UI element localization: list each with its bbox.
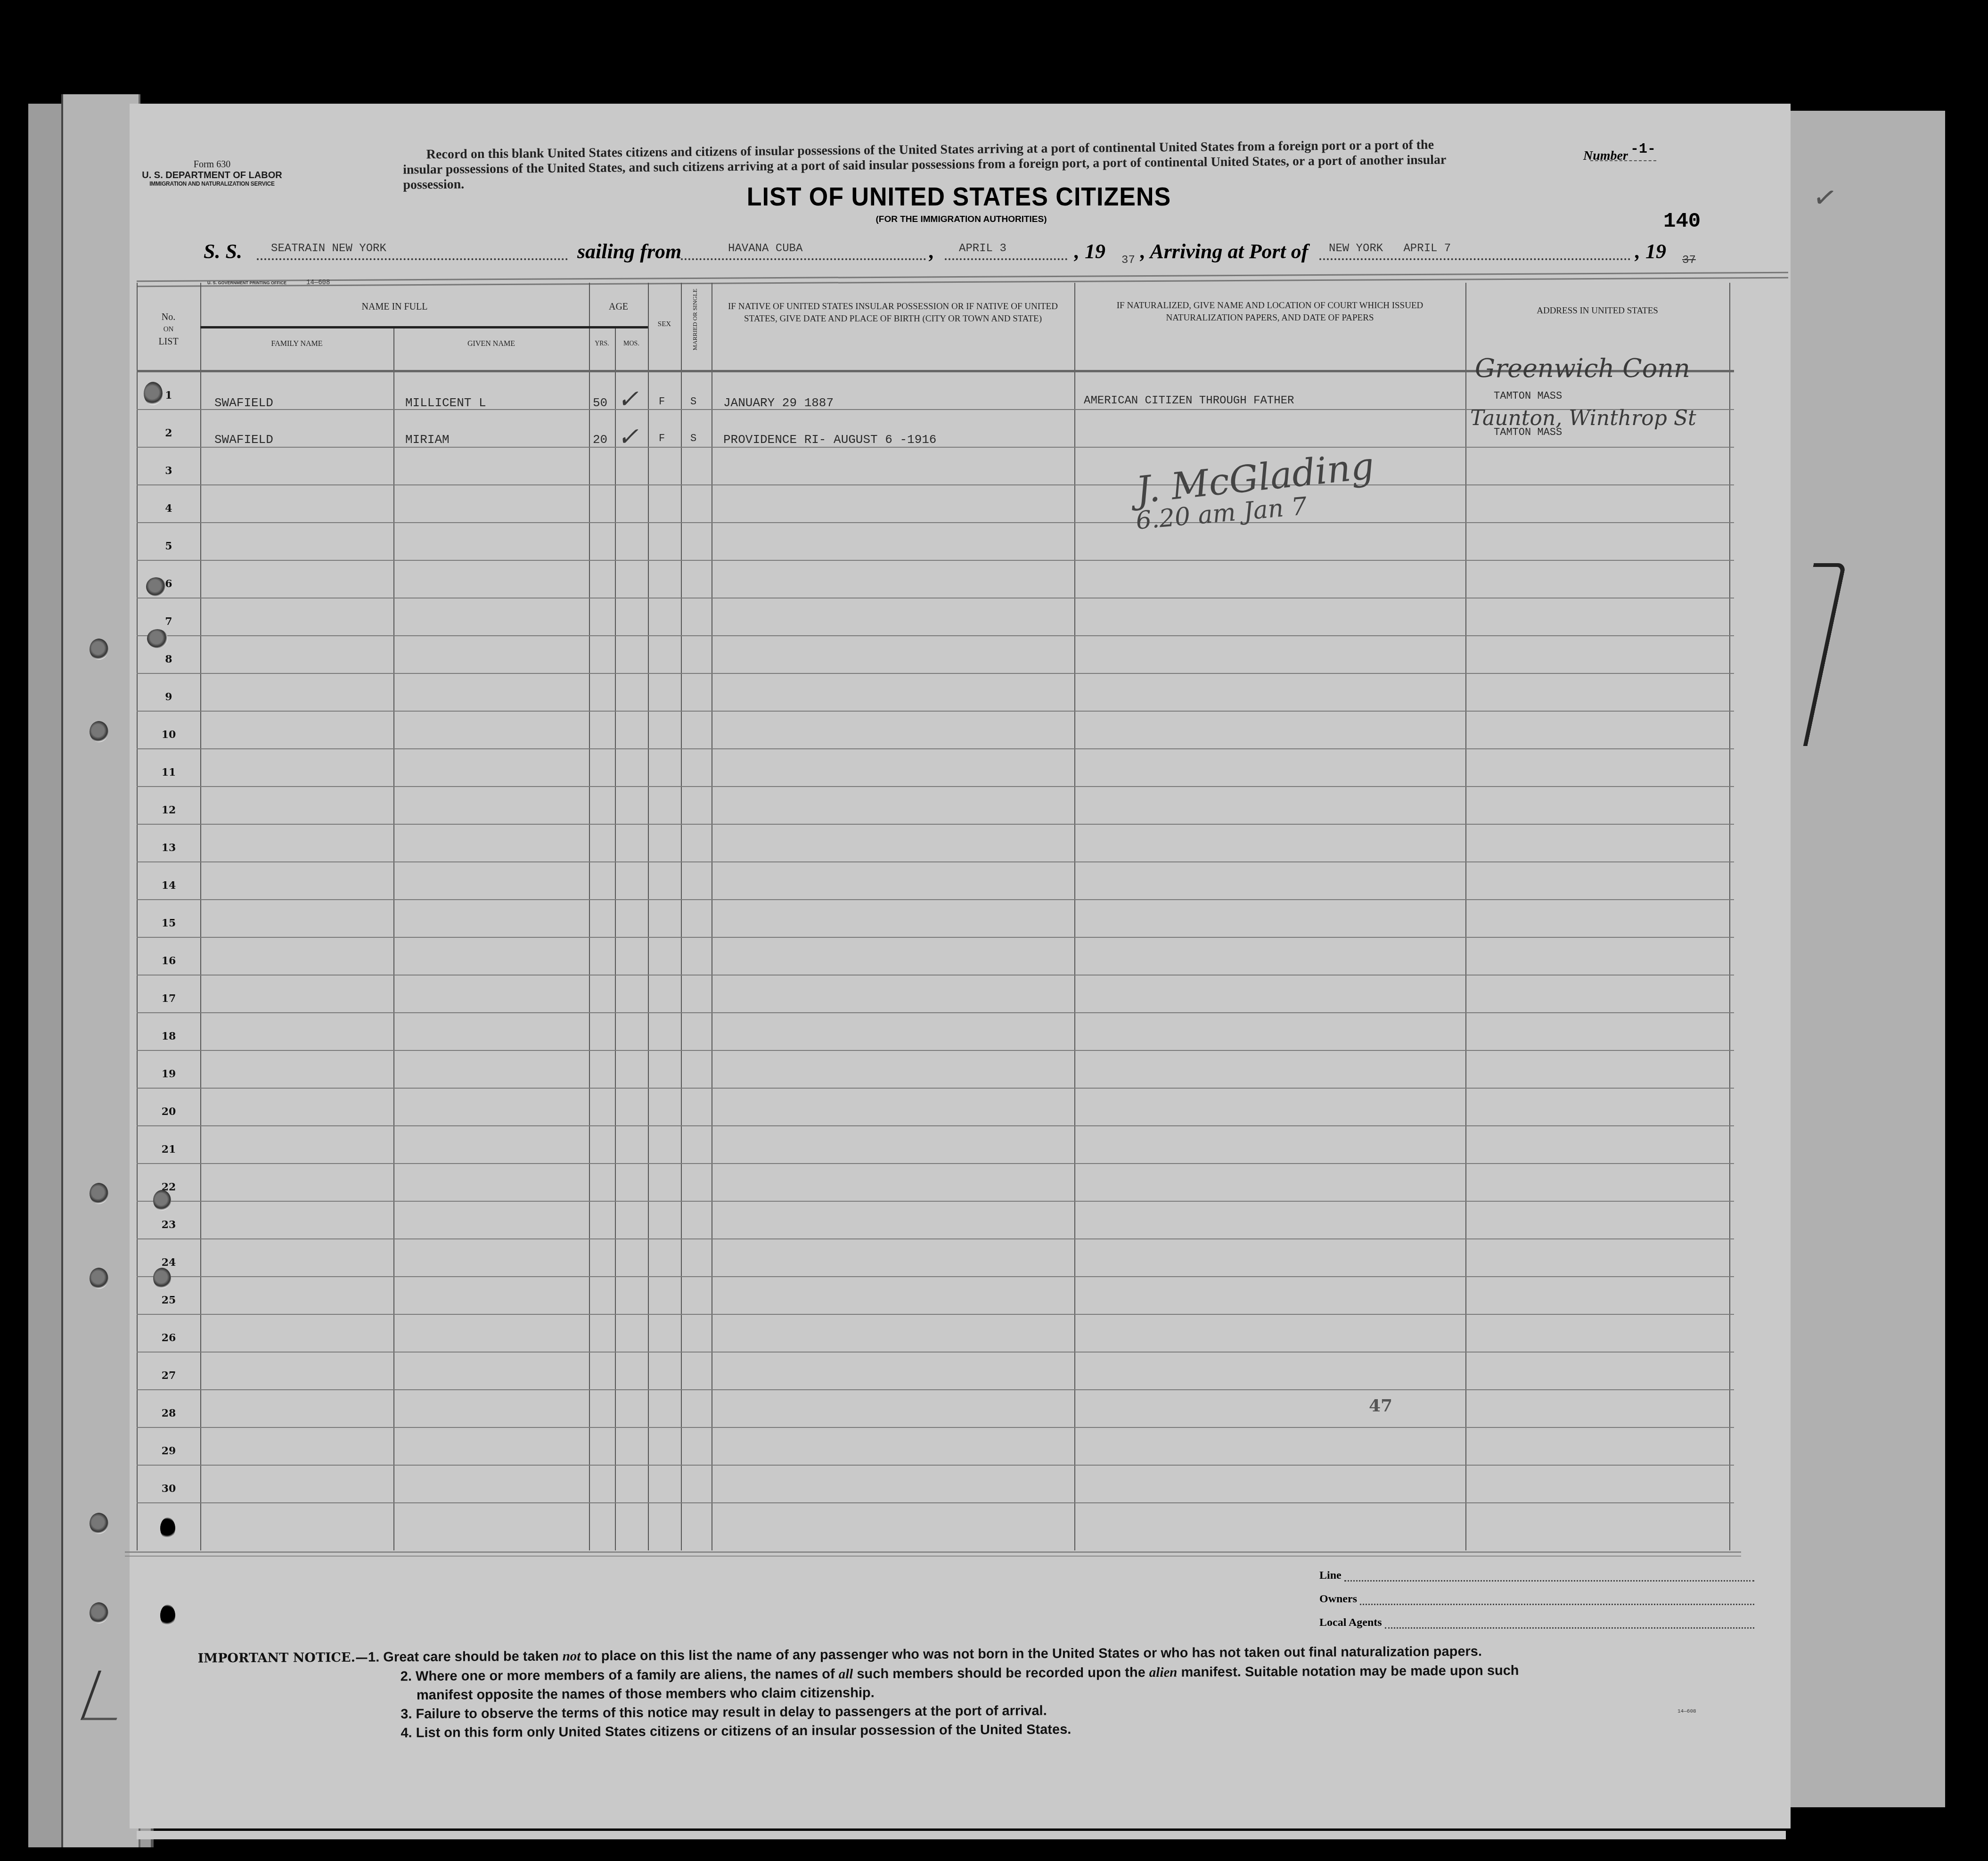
row-rule	[137, 899, 1734, 900]
row-rule	[137, 824, 1734, 825]
ss-label: S. S.	[204, 239, 242, 263]
row-number: 10	[140, 729, 197, 741]
header-no-line1: No.	[137, 311, 200, 323]
list-number: -1-	[1630, 141, 1656, 157]
arrival-port-date: NEW YORK APRIL 7	[1329, 242, 1451, 255]
col-line	[200, 283, 201, 1550]
departure-year: 37	[1121, 244, 1135, 268]
row-rule	[137, 861, 1734, 862]
row-rule	[137, 1088, 1734, 1089]
row-rule	[137, 1125, 1734, 1126]
page-edge-bottom	[137, 1831, 1786, 1839]
handwritten-address: Greenwich Conn	[1475, 353, 1690, 383]
col-header-address: ADDRESS IN UNITED STATES	[1475, 306, 1720, 316]
row-rule	[137, 1276, 1734, 1277]
notice-1-emphasis: not	[563, 1648, 581, 1664]
row-rule	[137, 1201, 1734, 1202]
punch-hole	[160, 1605, 175, 1626]
page-number: 140	[1663, 210, 1701, 233]
age-years-cell: 50	[593, 396, 607, 410]
owners-fill	[1360, 1587, 1754, 1605]
col-line	[681, 283, 682, 1550]
col-header-family-name: FAMILY NAME	[200, 339, 393, 349]
given-name-cell: MIRIAM	[405, 433, 450, 447]
row-rule	[137, 1163, 1734, 1164]
col-line	[648, 283, 649, 1550]
citizens-table: No. ON LIST NAME IN FULL FAMILY NAME GIV…	[137, 283, 1734, 1550]
number-underline	[1590, 160, 1656, 161]
col-header-naturalized: IF NATURALIZED, GIVE NAME AND LOCATION O…	[1084, 300, 1456, 324]
form-identifier: Form 630 U. S. DEPARTMENT OF LABOR IMMIG…	[141, 159, 283, 188]
row-rule	[137, 975, 1734, 976]
ship-name-field: SEATRAIN NEW YORK	[257, 239, 568, 260]
sailing-label: sailing from	[577, 239, 681, 263]
punch-hole	[90, 721, 108, 742]
col-line	[1465, 283, 1466, 1550]
row-number: 20	[140, 1106, 197, 1118]
row-number: 14	[140, 879, 197, 892]
punch-hole	[90, 1602, 108, 1623]
row-rule	[137, 937, 1734, 938]
punch-hole	[90, 1513, 108, 1534]
sex-cell: F	[659, 396, 665, 408]
underlying-page-right: ✓	[1772, 111, 1945, 1807]
header-no-line2: ON	[137, 323, 200, 336]
year-prefix-1: 19	[1085, 240, 1105, 263]
underlying-page-edge	[61, 94, 140, 1847]
departure-date-field: APRIL 3	[945, 239, 1067, 260]
row-number: 12	[140, 804, 197, 816]
row-rule	[137, 1012, 1734, 1013]
row-rule	[137, 1389, 1734, 1390]
row-rule	[137, 786, 1734, 787]
important-notice: IMPORTANT NOTICE.—1. Great care should b…	[197, 1640, 1753, 1743]
agents-label: Local Agents	[1319, 1611, 1382, 1634]
check-mark: ✓	[1810, 180, 1840, 216]
row-number: 11	[140, 766, 197, 779]
notice-2-emphasis: all	[839, 1666, 853, 1681]
number-label: Number	[1583, 148, 1628, 164]
row-rule	[137, 1314, 1734, 1315]
punch-hole	[160, 1517, 175, 1539]
agents-fill	[1385, 1611, 1754, 1629]
arrival-field: NEW YORK APRIL 7	[1319, 239, 1630, 260]
col-header-mos: MOS.	[615, 339, 648, 349]
row-number: 13	[140, 842, 197, 854]
family-name-cell: SWAFIELD	[214, 396, 273, 410]
marital-status-cell: S	[690, 433, 696, 444]
comma: ,	[929, 239, 934, 263]
arrival-year-value: 37	[1682, 254, 1696, 267]
row-rule	[137, 635, 1734, 636]
header-no-line3: LIST	[137, 336, 200, 348]
line-field: Line	[1319, 1564, 1754, 1587]
notice-2-text-cont: such members should be recorded upon the	[853, 1665, 1149, 1681]
row-number: 9	[140, 691, 197, 703]
row-number: 24	[140, 1256, 197, 1269]
col-line	[1074, 283, 1075, 1550]
footer-rule	[125, 1551, 1741, 1557]
row-rule	[137, 1050, 1734, 1051]
col-header-age: AGE	[589, 301, 648, 313]
col-line	[393, 326, 394, 1550]
marital-status-cell: S	[690, 396, 696, 408]
arriving-label: , Arriving at Port of	[1140, 239, 1309, 263]
row-number: 19	[140, 1068, 197, 1080]
year-prefix-arrival: , 19	[1635, 239, 1666, 263]
birth-cell: JANUARY 29 1887	[723, 396, 834, 410]
arrival-year: 37	[1682, 244, 1696, 268]
col-header-no: No. ON LIST	[137, 311, 200, 348]
departure-port: HAVANA CUBA	[728, 242, 802, 255]
col-line	[615, 326, 616, 1550]
row-number: 4	[140, 502, 197, 515]
col-header-name-in-full: NAME IN FULL	[200, 301, 589, 313]
col-header-given-name: GIVEN NAME	[393, 339, 589, 349]
owners-field: Owners	[1319, 1587, 1754, 1611]
notice-2-emphasis-2: alien	[1149, 1665, 1178, 1680]
notice-1-text: 1. Great care should be taken	[368, 1649, 563, 1665]
row-rule	[137, 560, 1734, 561]
agents-field: Local Agents	[1319, 1611, 1754, 1634]
punch-hole	[90, 1183, 108, 1204]
family-name-cell: SWAFIELD	[214, 433, 273, 447]
row-number: 5	[140, 540, 197, 552]
row-number: 25	[140, 1294, 197, 1306]
stamp-number: 47	[1369, 1396, 1392, 1416]
punch-hole	[147, 629, 168, 648]
notice-1-text-cont: to place on this list the name of any pa…	[581, 1644, 1482, 1664]
row-number: 8	[140, 653, 197, 665]
notice-lead: IMPORTANT NOTICE.—	[198, 1650, 368, 1666]
punch-hole	[146, 577, 166, 596]
col-header-married-single: MARRIED OR SINGLE	[691, 279, 699, 360]
col-line	[1729, 283, 1730, 1550]
row-rule	[137, 1502, 1734, 1503]
check-mark-icon: ✓	[617, 384, 638, 414]
page-subtitle: (FOR THE IMMIGRATION AUTHORITIES)	[796, 214, 1126, 225]
page-title: LIST OF UNITED STATES CITIZENS	[688, 182, 1230, 212]
row-number: 28	[140, 1407, 197, 1419]
row-number: 22	[140, 1181, 197, 1193]
carrier-info: Line Owners Local Agents	[1319, 1564, 1754, 1634]
check-mark-icon: ✓	[617, 422, 638, 451]
arriving-label-text: Arriving at Port of	[1150, 240, 1308, 263]
col-line	[712, 283, 712, 1550]
row-rule	[137, 1427, 1734, 1428]
row-number: 15	[140, 917, 197, 929]
punch-hole	[90, 1268, 108, 1289]
birth-cell: PROVIDENCE RI- AUGUST 6 -1916	[723, 433, 936, 447]
line-label: Line	[1319, 1564, 1342, 1587]
col-line	[589, 283, 590, 1550]
notice-2-text: 2. Where one or more members of a family…	[401, 1667, 839, 1684]
year-prefix-departure: , 19	[1074, 239, 1105, 263]
departure-port-field: HAVANA CUBA	[681, 239, 926, 260]
departure-year-value: 37	[1121, 254, 1135, 267]
row-number: 16	[140, 955, 197, 967]
departure-date: APRIL 3	[959, 242, 1006, 255]
year-prefix-2: 19	[1645, 240, 1666, 263]
col-header-sex: SEX	[648, 320, 681, 329]
notice-2-text-end: manifest. Suitable notation may be made …	[1177, 1663, 1519, 1680]
row-rule	[137, 673, 1734, 674]
owners-label: Owners	[1319, 1587, 1357, 1611]
address-cell: TAMTON MASS	[1494, 426, 1562, 438]
row-rule	[137, 748, 1734, 749]
punch-hole	[90, 639, 108, 660]
row-number: 29	[140, 1445, 197, 1457]
row-number: 27	[140, 1369, 197, 1382]
department-name: U. S. DEPARTMENT OF LABOR	[141, 170, 283, 181]
ship-name: SEATRAIN NEW YORK	[271, 242, 386, 255]
row-number: 2	[140, 427, 197, 439]
service-name: IMMIGRATION AND NATURALIZATION SERVICE	[141, 181, 283, 188]
row-rule	[137, 711, 1734, 712]
row-rule	[137, 1352, 1734, 1353]
given-name-cell: MILLICENT L	[405, 396, 486, 410]
sex-cell: F	[659, 433, 665, 444]
age-years-cell: 20	[593, 433, 607, 447]
row-number: 18	[140, 1030, 197, 1042]
row-number: 3	[140, 465, 197, 477]
row-number: 21	[140, 1143, 197, 1156]
row-number: 17	[140, 992, 197, 1005]
punch-hole	[153, 1190, 171, 1211]
punch-hole	[144, 382, 163, 405]
footer-form-code: 14—608	[1677, 1709, 1696, 1714]
row-number: 7	[140, 615, 197, 628]
row-rule	[137, 447, 1734, 448]
col-line	[137, 283, 138, 1550]
naturalization-cell: AMERICAN CITIZEN THROUGH FATHER	[1084, 394, 1294, 407]
punch-hole	[153, 1268, 171, 1288]
row-rule	[137, 598, 1734, 598]
col-header-yrs: YRS.	[589, 339, 615, 349]
row-rule	[137, 1465, 1734, 1466]
row-number: 30	[140, 1483, 197, 1495]
row-rule	[137, 522, 1734, 523]
row-rule	[137, 1238, 1734, 1239]
line-fill	[1344, 1564, 1754, 1582]
address-cell: TAMTON MASS	[1494, 390, 1562, 402]
row-number: 26	[140, 1332, 197, 1344]
row-rule	[137, 484, 1734, 485]
row-number: 23	[140, 1219, 197, 1231]
header-divider	[200, 326, 648, 328]
col-header-native: IF NATIVE OF UNITED STATES INSULAR POSSE…	[721, 301, 1065, 325]
form-number: Form 630	[141, 159, 283, 170]
